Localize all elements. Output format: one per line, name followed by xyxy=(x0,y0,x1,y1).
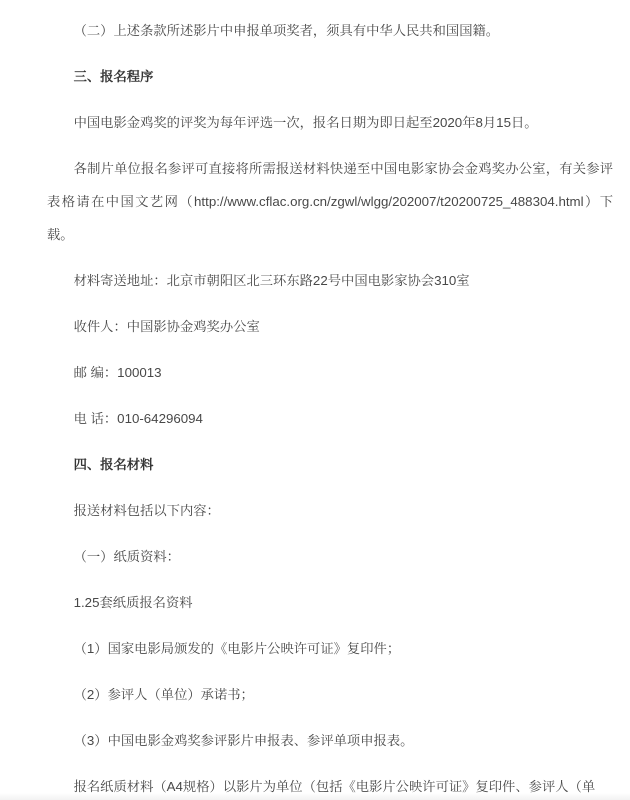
paragraph: （一）纸质资料： xyxy=(47,540,613,573)
section-heading: 四、报名材料 xyxy=(47,448,613,481)
paragraph: （3）中国电影金鸡奖参评影片申报表、参评单项申报表。 xyxy=(47,724,613,757)
paragraph: 电 话：010-64296094 xyxy=(47,402,613,435)
paragraph: 1.25套纸质报名资料 xyxy=(47,586,613,619)
paragraph: （1）国家电影局颁发的《电影片公映许可证》复印件； xyxy=(47,632,613,665)
paragraph: 中国电影金鸡奖的评奖为每年评选一次，报名日期为即日起至2020年8月15日。 xyxy=(47,106,613,139)
paragraph: （二）上述条款所述影片中申报单项奖者，须具有中华人民共和国国籍。 xyxy=(47,14,613,47)
paragraph: 邮 编：100013 xyxy=(47,356,613,389)
section-heading: 三、报名程序 xyxy=(47,60,613,93)
paragraph: 收件人：中国影协金鸡奖办公室 xyxy=(47,310,613,343)
paragraph: （2）参评人（单位）承诺书； xyxy=(47,678,613,711)
article-body: （二）上述条款所述影片中申报单项奖者，须具有中华人民共和国国籍。三、报名程序中国… xyxy=(0,0,630,800)
paragraph: 材料寄送地址：北京市朝阳区北三环东路22号中国电影家协会310室 xyxy=(47,264,613,297)
paragraph: 报送材料包括以下内容： xyxy=(47,494,613,527)
paragraph: 各制片单位报名参评可直接将所需报送材料快递至中国电影家协会金鸡奖办公室，有关参评… xyxy=(47,152,613,251)
paragraph: 报名纸质材料（A4规格）以影片为单位（包括《电影片公映许可证》复印件、参评人（单 xyxy=(47,770,613,800)
